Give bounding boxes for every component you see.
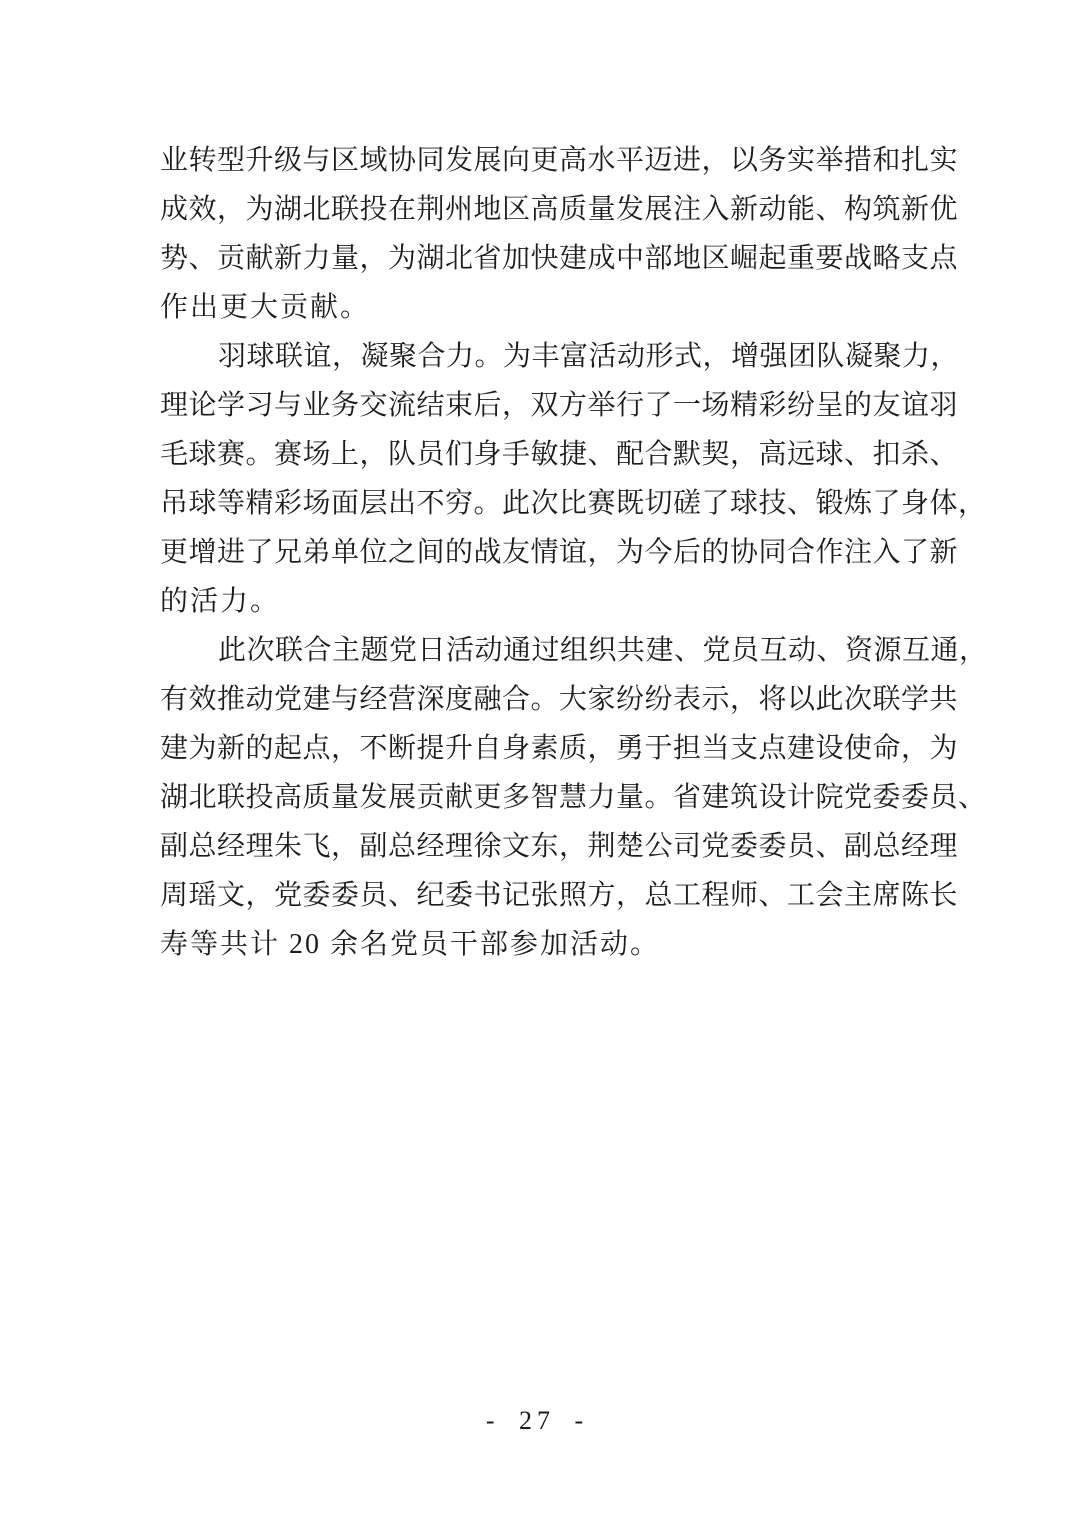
text-line: 湖北联投高质量发展贡献更多智慧力量。省建筑设计院党委委员、 — [160, 773, 908, 822]
text-line: 羽球联谊，凝聚合力。为丰富活动形式，增强团队凝聚力， — [160, 332, 908, 381]
paragraph-3: 此次联合主题党日活动通过组织共建、党员互动、资源互通， 有效推动党建与经营深度融… — [160, 626, 908, 969]
text-line: 此次联合主题党日活动通过组织共建、党员互动、资源互通， — [160, 626, 908, 675]
paragraph-2: 羽球联谊，凝聚合力。为丰富活动形式，增强团队凝聚力， 理论学习与业务交流结束后，… — [160, 332, 908, 626]
paragraph-1: 业转型升级与区域协同发展向更高水平迈进，以务实举措和扎实 成效，为湖北联投在荆州… — [160, 136, 908, 332]
text-line: 成效，为湖北联投在荆州地区高质量发展注入新动能、构筑新优 — [160, 185, 908, 234]
text-line: 建为新的起点，不断提升自身素质，勇于担当支点建设使命，为 — [160, 724, 908, 773]
text-line: 毛球赛。赛场上，队员们身手敏捷、配合默契，高远球、扣杀、 — [160, 430, 908, 479]
text-line: 理论学习与业务交流结束后，双方举行了一场精彩纷呈的友谊羽 — [160, 381, 908, 430]
body-text: 业转型升级与区域协同发展向更高水平迈进，以务实举措和扎实 成效，为湖北联投在荆州… — [160, 136, 908, 969]
text-line: 作出更大贡献。 — [160, 283, 908, 332]
page-number: - 27 - — [0, 1406, 1074, 1436]
text-line: 寿等共计 20 余名党员干部参加活动。 — [160, 920, 908, 969]
text-line: 有效推动党建与经营深度融合。大家纷纷表示，将以此次联学共 — [160, 675, 908, 724]
text-line: 业转型升级与区域协同发展向更高水平迈进，以务实举措和扎实 — [160, 136, 908, 185]
text-line: 的活力。 — [160, 577, 908, 626]
text-line: 势、贡献新力量，为湖北省加快建成中部地区崛起重要战略支点 — [160, 234, 908, 283]
text-line: 吊球等精彩场面层出不穷。此次比赛既切磋了球技、锻炼了身体， — [160, 479, 908, 528]
text-line: 周瑶文，党委委员、纪委书记张照方，总工程师、工会主席陈长 — [160, 871, 908, 920]
text-line: 副总经理朱飞，副总经理徐文东，荆楚公司党委委员、副总经理 — [160, 822, 908, 871]
text-line: 更增进了兄弟单位之间的战友情谊，为今后的协同合作注入了新 — [160, 528, 908, 577]
document-page: 业转型升级与区域协同发展向更高水平迈进，以务实举措和扎实 成效，为湖北联投在荆州… — [0, 0, 1074, 1520]
